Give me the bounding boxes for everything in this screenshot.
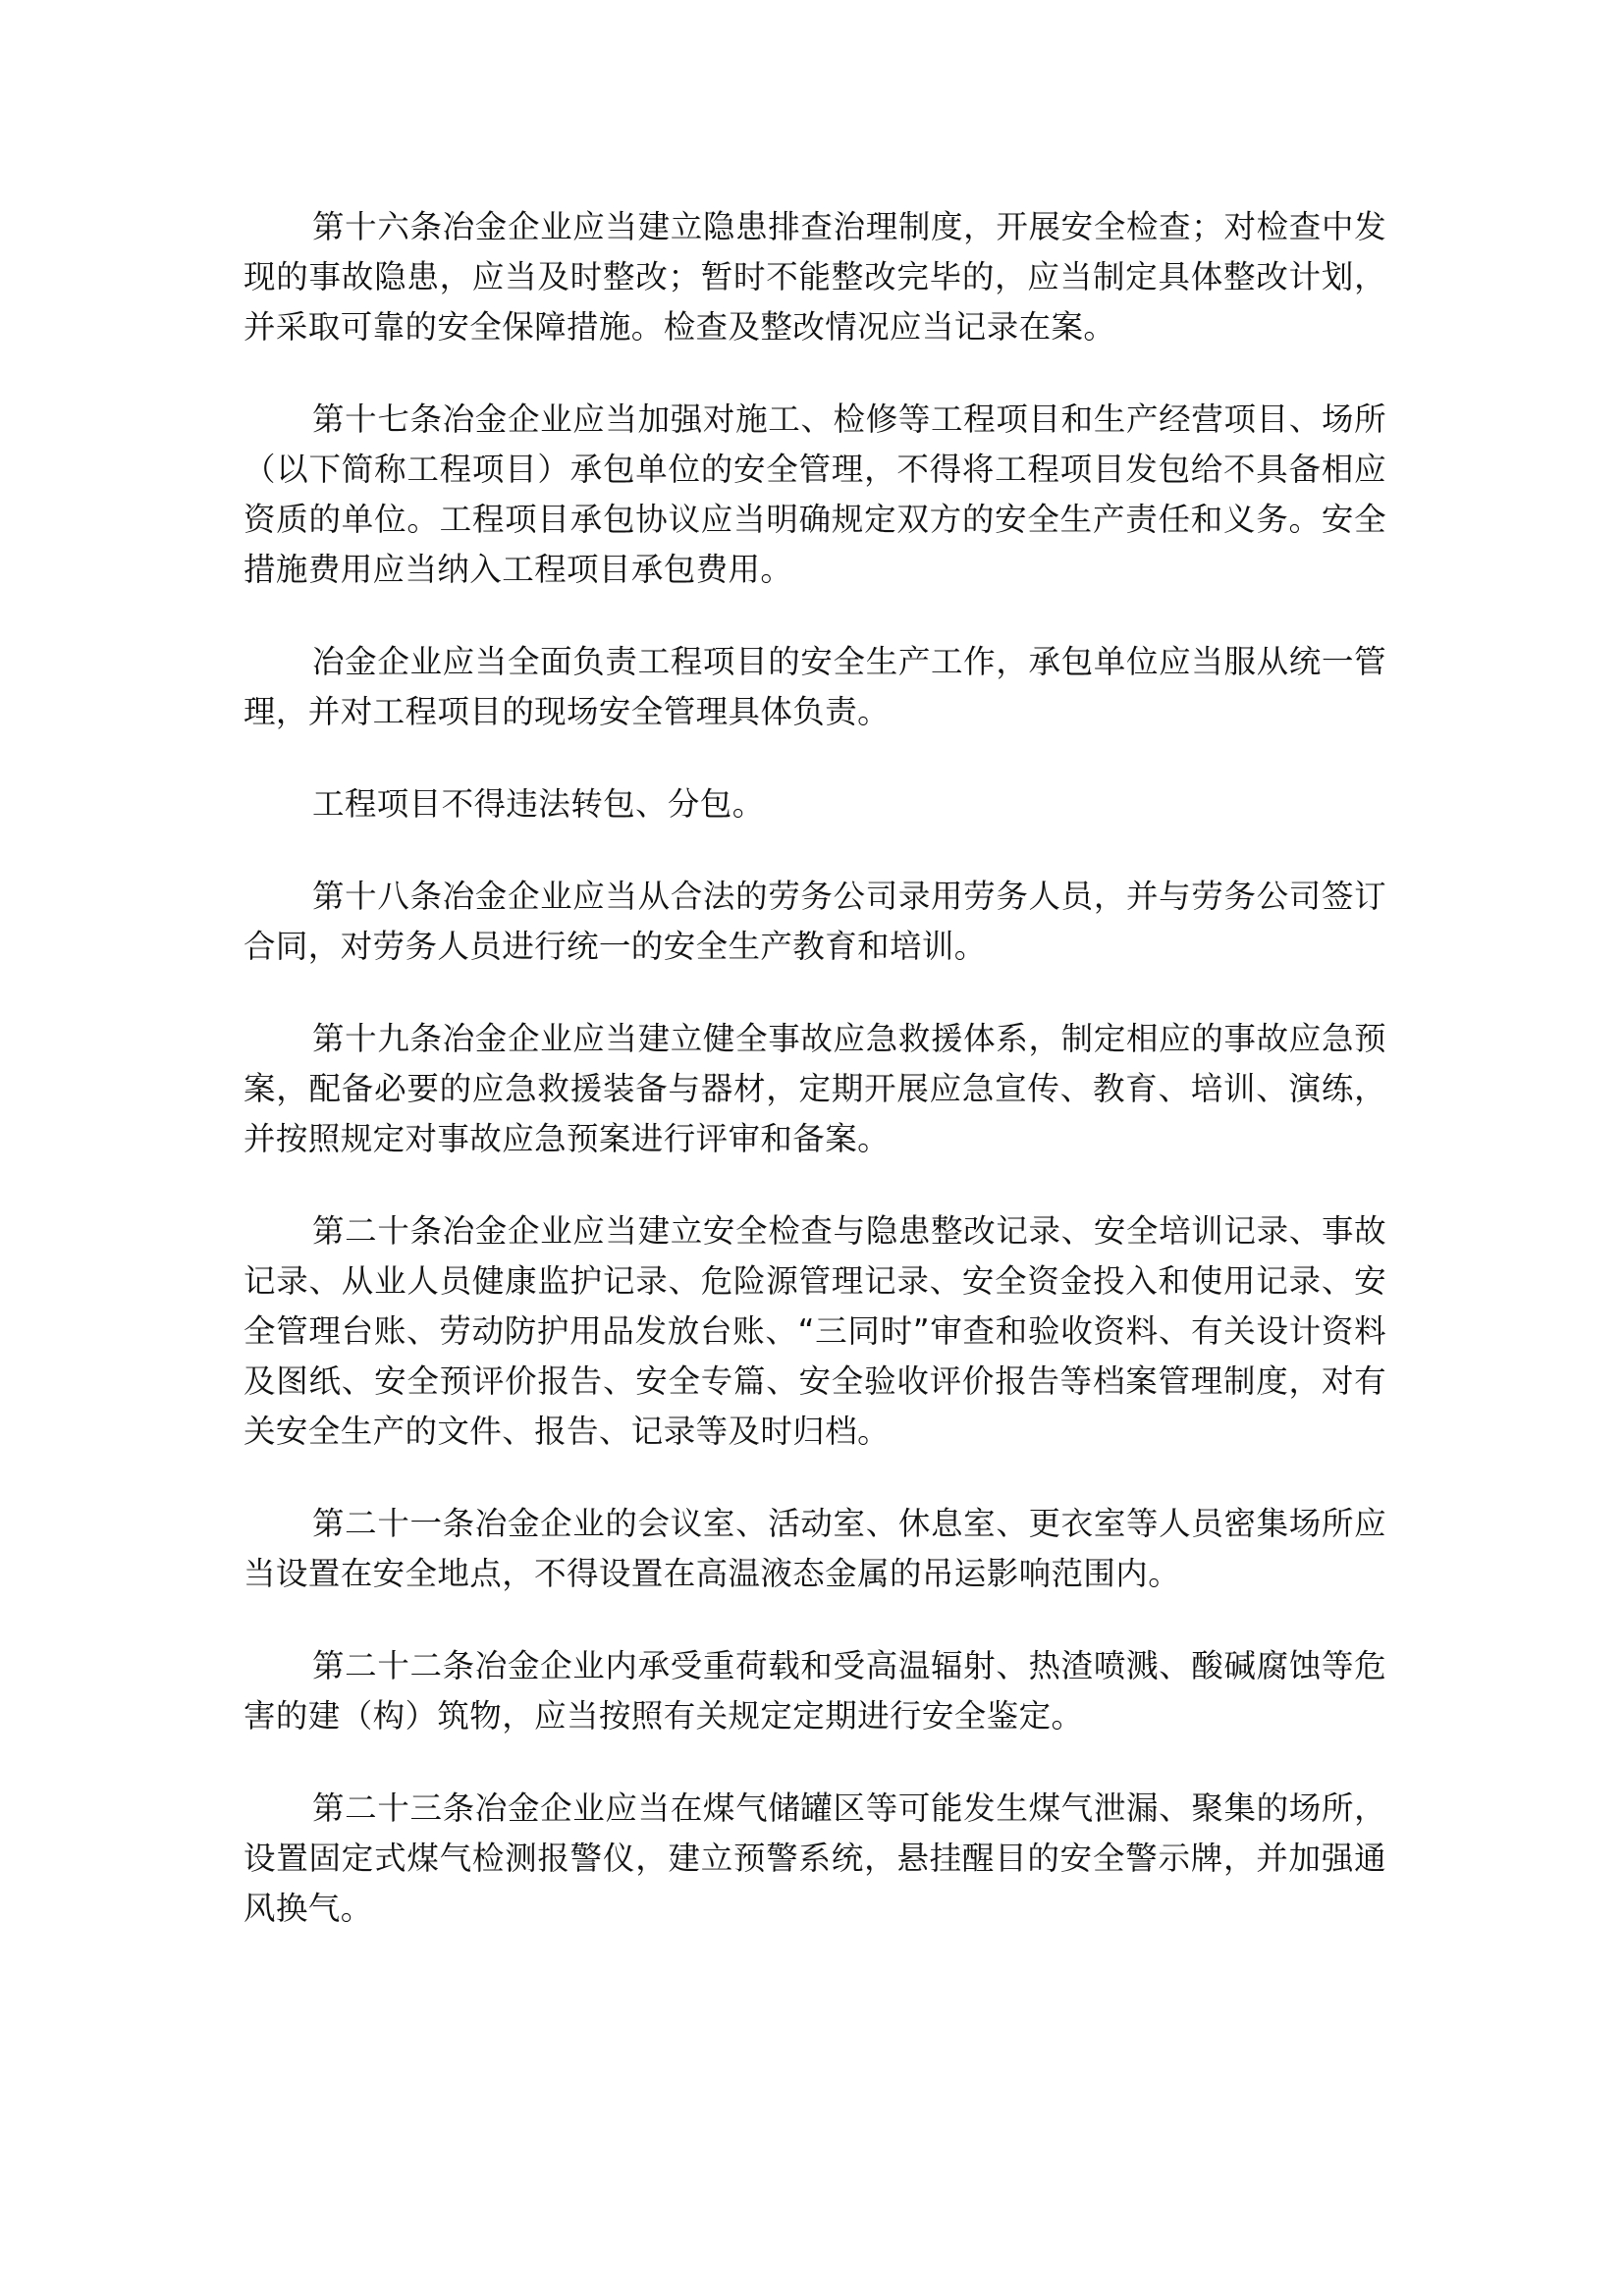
- article-18-paragraph: 第十八条冶金企业应当从合法的劳务公司录用劳务人员，并与劳务公司签订合同，对劳务人…: [244, 872, 1386, 972]
- document-page: 第十六条冶金企业应当建立隐患排查治理制度，开展安全检查；对检查中发现的事故隐患，…: [244, 202, 1386, 1976]
- article-22-paragraph: 第二十二条冶金企业内承受重荷载和受高温辐射、热渣喷溅、酸碱腐蚀等危害的建（构）筑…: [244, 1641, 1386, 1741]
- article-16-paragraph: 第十六条冶金企业应当建立隐患排查治理制度，开展安全检查；对检查中发现的事故隐患，…: [244, 202, 1386, 352]
- article-17-clause-3-paragraph: 工程项目不得违法转包、分包。: [244, 779, 1386, 829]
- article-17-paragraph: 第十七条冶金企业应当加强对施工、检修等工程项目和生产经营项目、场所（以下简称工程…: [244, 395, 1386, 595]
- article-17-clause-2-paragraph: 冶金企业应当全面负责工程项目的安全生产工作，承包单位应当服从统一管理，并对工程项…: [244, 637, 1386, 737]
- article-23-paragraph: 第二十三条冶金企业应当在煤气储罐区等可能发生煤气泄漏、聚集的场所，设置固定式煤气…: [244, 1784, 1386, 1934]
- article-21-paragraph: 第二十一条冶金企业的会议室、活动室、休息室、更衣室等人员密集场所应当设置在安全地…: [244, 1499, 1386, 1599]
- article-20-paragraph: 第二十条冶金企业应当建立安全检查与隐患整改记录、安全培训记录、事故记录、从业人员…: [244, 1206, 1386, 1457]
- article-19-paragraph: 第十九条冶金企业应当建立健全事故应急救援体系，制定相应的事故应急预案，配备必要的…: [244, 1014, 1386, 1164]
